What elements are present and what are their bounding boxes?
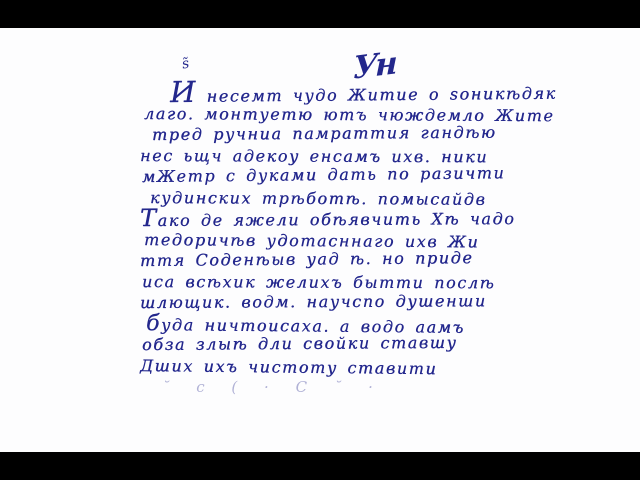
manuscript-line: обза злыѣ дли свойки ставшу bbox=[142, 332, 500, 355]
letterbox-bottom bbox=[0, 452, 640, 480]
manuscript-lines: И несемт чудо Житие о ѕоникѣдяк лаго. мо… bbox=[140, 82, 500, 396]
manuscript-line: ття Соденѣыв уад ѣ. но приде bbox=[140, 247, 500, 271]
letterbox-top bbox=[0, 0, 640, 28]
manuscript-text-block: ѕ̃ Ун И несемт чудо Житие о ѕоникѣдяк ла… bbox=[140, 52, 500, 396]
manuscript-line: шлющик. водм. научспо душенши bbox=[140, 290, 500, 313]
manuscript-line: И несемт чудо Житие о ѕоникѣдяк bbox=[170, 79, 500, 103]
partial-line-fragments: ˘ с ( · С ˘ · bbox=[162, 378, 500, 396]
slide: ѕ̃ Ун И несемт чудо Житие о ѕоникѣдяк ла… bbox=[0, 0, 640, 480]
manuscript-line: Тако де яжели обѣявчить Хѣ чадо bbox=[140, 206, 500, 229]
manuscript-line: мЖетр с дуками дать по разичти bbox=[142, 162, 500, 187]
manuscript-line: Дших ихъ чистоту ставити bbox=[140, 355, 500, 380]
manuscript-page: ѕ̃ Ун И несемт чудо Житие о ѕоникѣдяк ла… bbox=[0, 28, 640, 452]
manuscript-line: тред ручниа памраттия гандѣю bbox=[152, 122, 500, 145]
titlo-mark: ѕ̃ bbox=[181, 55, 191, 72]
